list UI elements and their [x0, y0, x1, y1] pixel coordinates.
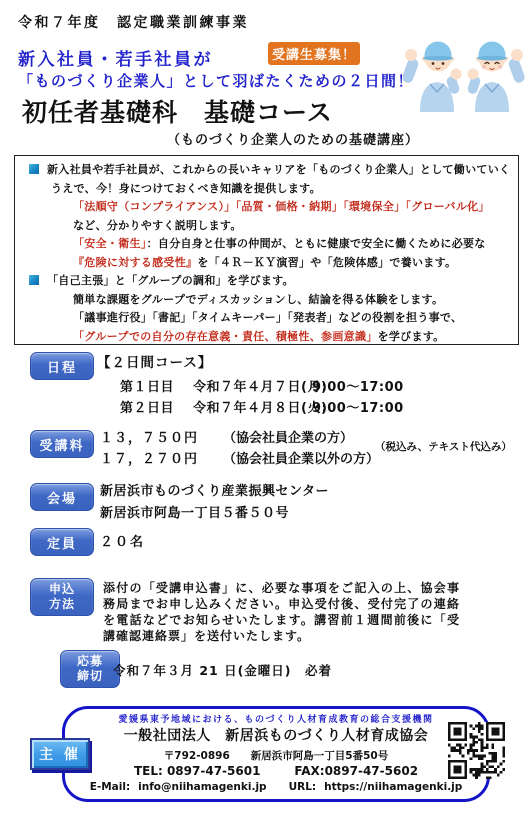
intro-text-segment: 「安全・衛生」 [73, 237, 147, 250]
section-label-deadline: 応募 締切 [60, 650, 120, 688]
fee-price: １７，２７０円 [100, 450, 223, 471]
tax-note: （税込み、テキスト代込み） [375, 439, 512, 454]
section-label-schedule: 日程 [30, 352, 94, 380]
section-label-application: 申込 方法 [30, 578, 94, 616]
footer-fax: FAX:0897-47-5602 [294, 764, 418, 778]
intro-text-segment: を学びます。 [378, 330, 445, 343]
venue-line: 新居浜市ものづくり産業振興センター [100, 481, 329, 503]
footer-email-label: E-Mail: [90, 781, 130, 793]
flyer-page: 令和７年度 認定職業訓練事業 新入社員・若手社員が 受講生募集！ 「ものづくり企… [0, 0, 532, 827]
intro-line: 「法順守（コンプライアンス）」「品質・価格・納期」「環境保全」「グローバル化」 [15, 198, 518, 217]
program-year-line: 令和７年度 認定職業訓練事業 [18, 12, 249, 32]
workers-illustration-icon [403, 26, 527, 114]
footer-tel: TEL: 0897-47-5601 [134, 764, 260, 778]
venue-line: 新居浜市阿島一丁目５番５０号 [100, 503, 329, 525]
intro-line: 「安全・衛生」：自分自身と仕事の仲間が、ともに健康で安全に働くために必要な [15, 235, 518, 254]
deadline-label-line1: 応募 [77, 654, 103, 669]
venue-lines: 新居浜市ものづくり産業振興センター新居浜市阿島一丁目５番５０号 [100, 481, 329, 525]
intro-text-segment: を「４Ｒ－ＫＹ演習」や「危険体感」で養います。 [197, 256, 456, 269]
fee-row: １７，２７０円（協会社員企業以外の方） [100, 450, 379, 471]
footer-tel-fax: TEL: 0897-47-5601FAX:0897-47-5602 [62, 764, 490, 778]
fee-target: （協会社員企業の方） [223, 429, 353, 450]
intro-line: 『危険に対する感受性』を「４Ｒ－ＫＹ演習」や「危険体感」で養います。 [15, 254, 518, 273]
schedule-row: 第１日目令和７年４月７日(月)9:00～17:00 [120, 377, 404, 398]
course-header: 【２日間コース】 [97, 351, 212, 371]
section-label-capacity: 定員 [30, 528, 94, 556]
fee-price: １３，７５０円 [100, 429, 223, 450]
schedule-day: 第２日目 [120, 398, 193, 419]
fee-row: １３，７５０円（協会社員企業の方） [100, 429, 379, 450]
intro-text-segment: など、分かりやすく説明します。 [73, 219, 242, 232]
schedule-time: 9:00～17:00 [312, 398, 404, 419]
intro-line: 新入社員や若手社員が、これからの長いキャリアを「ものづくり企業人」として働いてい… [15, 161, 518, 180]
intro-text-segment: うえで、今！身につけておくべき知識を提供します。 [51, 182, 321, 195]
headline-line2: 「ものづくり企業人」として羽ばたくための２日間！ [18, 70, 414, 91]
intro-line: 「グループでの自分の存在意義・責任、積極性、参画意識」を学びます。 [15, 328, 518, 347]
schedule-time: 9:00～17:00 [312, 377, 404, 398]
schedule-date: 令和７年４月７日(月) [193, 377, 312, 398]
intro-line: 「自己主張」と「グループの調和」を学びます。 [15, 272, 518, 291]
intro-text-segment: 「グループでの自分の存在意義・責任、積極性、参画意識」 [73, 330, 378, 343]
footer-org-name: 一般社団法人 新居浜ものづくり人材育成協会 [62, 725, 490, 745]
footer-url: https://niihamagenki.jp [324, 781, 462, 793]
schedule-day: 第１日目 [120, 377, 193, 398]
course-title: 初任者基礎科 基礎コース [22, 93, 333, 129]
intro-line: うえで、今！身につけておくべき知識を提供します。 [15, 180, 518, 199]
section-label-venue: 会場 [30, 483, 94, 511]
recruit-badge: 受講生募集！ [268, 42, 360, 65]
intro-text-segment: 『危険に対する感受性』 [73, 256, 197, 269]
footer-email: info@niihamagenki.jp [138, 781, 266, 793]
intro-line: 簡単な課題をグループでディスカッションし、結論を得る体験をします。 [15, 291, 518, 310]
bullet-square-icon [29, 164, 39, 174]
male-worker-icon [403, 42, 462, 113]
qr-code-icon [448, 722, 505, 779]
schedule-row: 第２日目令和７年４月８日(火)9:00～17:00 [120, 398, 404, 419]
intro-text-segment: 「議事進行役」「書記」「タイムキーパー」「発表者」などの役割を担う事で、 [73, 311, 462, 324]
organizer-button: 主 催 [30, 738, 90, 770]
footer-address: 〒792-0896 新居浜市阿島一丁目5番50号 [62, 748, 490, 763]
deadline-label-line2: 締切 [77, 669, 103, 684]
bullet-square-icon [29, 275, 39, 285]
intro-text-segment: 「法順守（コンプライアンス）」「品質・価格・納期」「環境保全」「グローバル化」 [73, 200, 490, 213]
schedule-rows: 第１日目令和７年４月７日(月)9:00～17:00第２日目令和７年４月８日(火)… [120, 377, 404, 419]
footer-url-label: URL: [289, 781, 317, 793]
footer-tagline: 愛媛県東予地域における、ものづくり人材育成教育の総合支援機関 [62, 712, 490, 725]
course-subtitle: （ものづくり企業人のための基礎講座） [167, 129, 419, 148]
female-worker-icon [466, 42, 526, 113]
application-paragraph: 添付の「受講申込書」に、必要な事項をご記入の上、協会事務局までお申し込みください… [103, 580, 460, 644]
intro-text-segment: 「自己主張」と「グループの調和」を学びます。 [47, 274, 294, 287]
deadline-value: 令和７年３月 21 日(金曜日) 必着 [113, 661, 332, 679]
fee-rows: １３，７５０円（協会社員企業の方）１７，２７０円（協会社員企業以外の方） [100, 429, 379, 470]
intro-text-segment: 簡単な課題をグループでディスカッションし、結論を得る体験をします。 [73, 293, 443, 306]
application-label-line2: 方法 [49, 597, 75, 612]
footer-email-url: E-Mail:info@niihamagenki.jpURL:https://n… [62, 781, 490, 793]
intro-text-segment: 新入社員や若手社員が、これからの長いキャリアを「ものづくり企業人」として働いてい… [47, 163, 510, 176]
intro-line: 「議事進行役」「書記」「タイムキーパー」「発表者」などの役割を担う事で、 [15, 309, 518, 328]
intro-text-segment: ：自分自身と仕事の仲間が、ともに健康で安全に働くために必要な [147, 237, 486, 250]
application-label-line1: 申込 [49, 582, 75, 597]
headline-line1: 新入社員・若手社員が [18, 45, 213, 70]
intro-line: など、分かりやすく説明します。 [15, 217, 518, 236]
fee-target: （協会社員企業以外の方） [223, 450, 379, 471]
intro-box: 新入社員や若手社員が、これからの長いキャリアを「ものづくり企業人」として働いてい… [14, 155, 519, 345]
schedule-date: 令和７年４月８日(火) [193, 398, 312, 419]
section-label-fee: 受講料 [30, 430, 94, 458]
intro-lines: 新入社員や若手社員が、これからの長いキャリアを「ものづくり企業人」として働いてい… [15, 161, 518, 346]
capacity-value: ２０名 [100, 531, 145, 550]
